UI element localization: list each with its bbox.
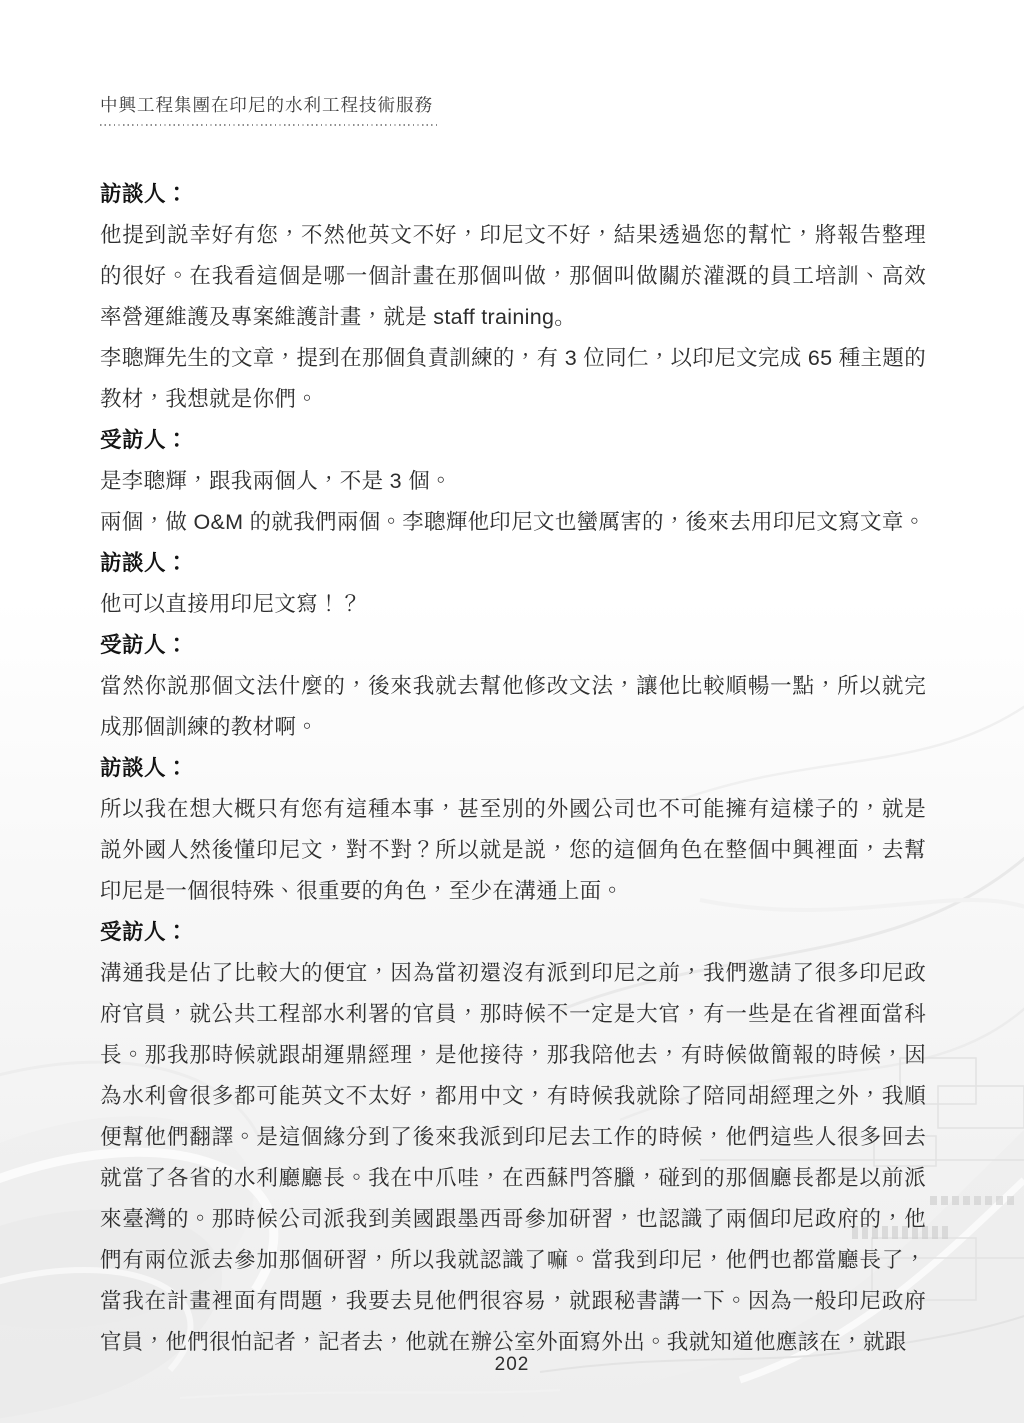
dialogue-paragraph: 兩個，做 O&M 的就我們兩個。李聰輝他印尼文也蠻厲害的，後來去用印尼文寫文章。 [100,502,926,543]
speaker-label: 受訪人： [100,625,926,666]
speaker-label: 受訪人： [100,912,926,953]
speaker-label: 訪談人： [100,174,926,215]
dialogue-paragraph: 他可以直接用印尼文寫！？ [100,584,926,625]
speaker-label: 受訪人： [100,420,926,461]
dialogue-paragraph: 當然你説那個文法什麼的，後來我就去幫他修改文法，讓他比較順暢一點，所以就完成那個… [100,666,926,748]
speaker-label: 訪談人： [100,543,926,584]
dialogue-paragraph: 是李聰輝，跟我兩個人，不是 3 個。 [100,461,926,502]
dialogue-paragraph: 所以我在想大概只有您有這種本事，甚至別的外國公司也不可能擁有這樣子的，就是説外國… [100,789,926,912]
speaker-label: 訪談人： [100,748,926,789]
dotted-divider [100,124,438,126]
chapter-title: 中興工程集團在印尼的水利工程技術服務 [100,92,438,117]
page-number: 202 [495,1354,530,1375]
dialogue-paragraph: 他提到説幸好有您，不然他英文不好，印尼文不好，結果透過您的幫忙，將報告整理的很好… [100,215,926,338]
dialogue-paragraph: 溝通我是佔了比較大的便宜，因為當初還沒有派到印尼之前，我們邀請了很多印尼政府官員… [100,953,926,1363]
book-page: 中興工程集團在印尼的水利工程技術服務 訪談人：他提到説幸好有您，不然他英文不好，… [0,0,1024,1423]
dialogue: 訪談人：他提到説幸好有您，不然他英文不好，印尼文不好，結果透過您的幫忙，將報告整… [100,174,926,1363]
page-header: 中興工程集團在印尼的水利工程技術服務 [100,92,438,126]
page-footer: 202 [0,1354,1024,1376]
dialogue-paragraph: 李聰輝先生的文章，提到在那個負責訓練的，有 3 位同仁，以印尼文完成 65 種主… [100,338,926,420]
